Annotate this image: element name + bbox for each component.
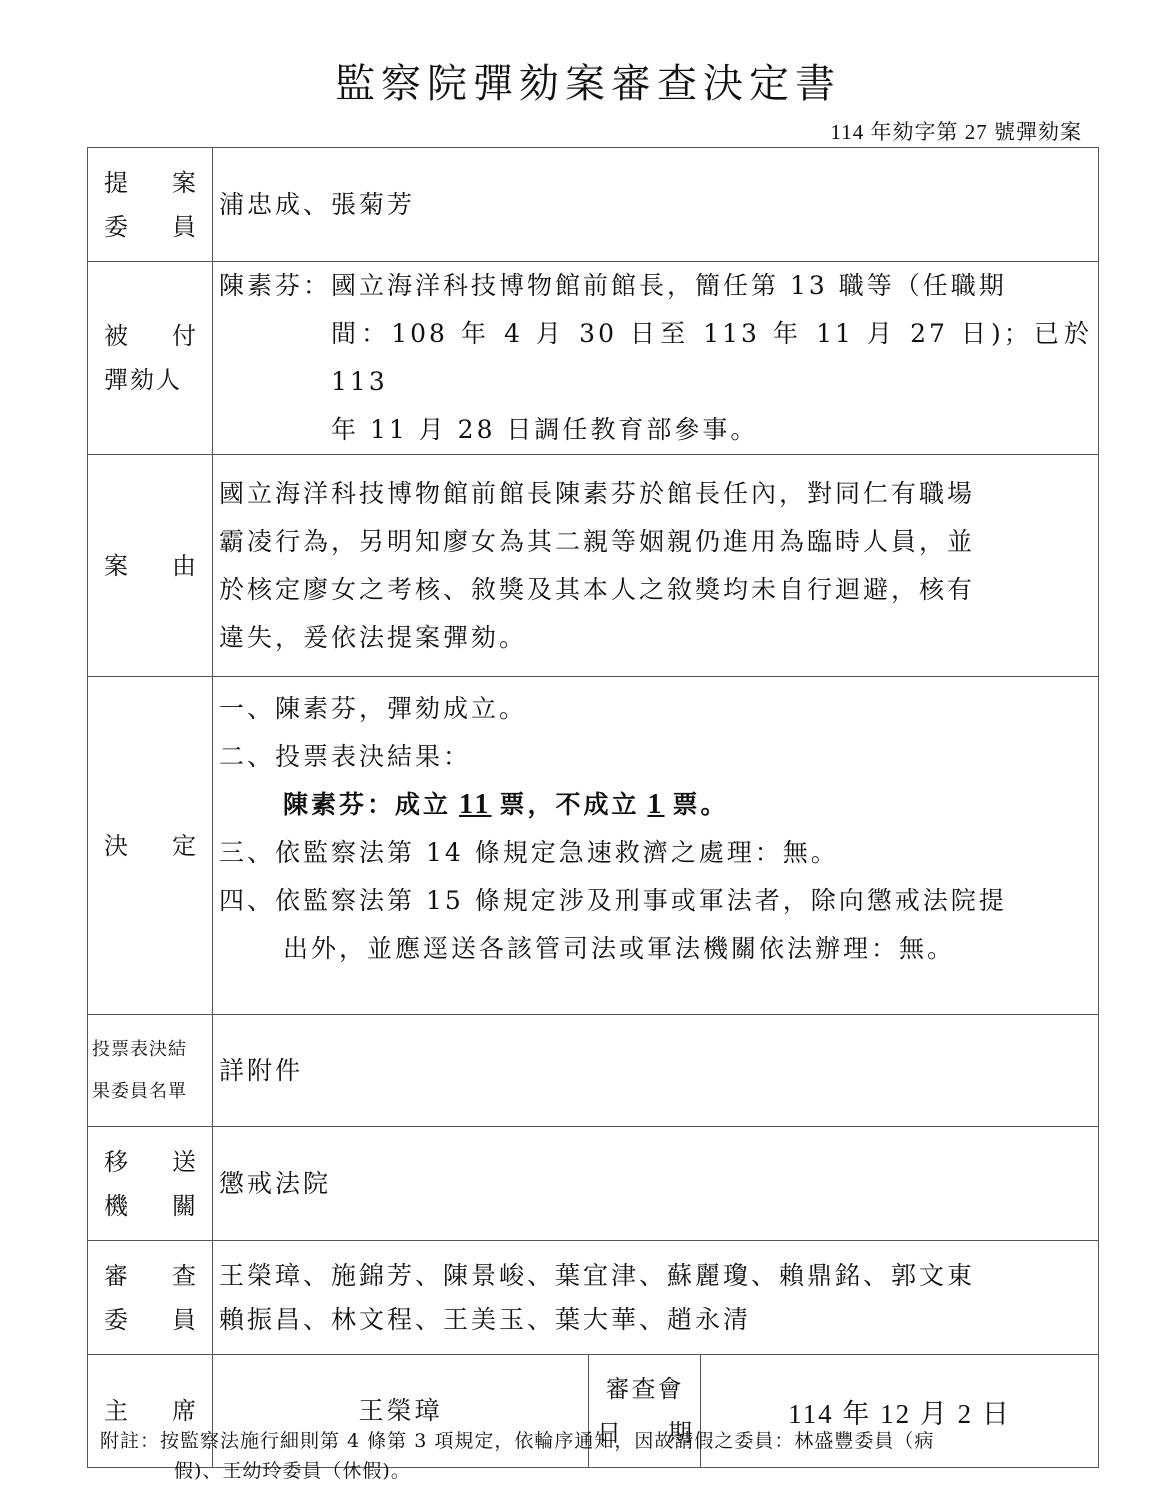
- row-proposers: 提案 委員 浦忠成、張菊芳: [88, 148, 1099, 262]
- footnote-line-1: 附註：按監察法施行細則第 4 條第 3 項規定，依輪序通知，因故請假之委員：林盛…: [100, 1426, 1090, 1456]
- proposers-value: 浦忠成、張菊芳: [213, 148, 1099, 262]
- no-count: 1: [640, 789, 673, 820]
- case-number: 114 年劾字第 27 號彈劾案: [831, 116, 1082, 146]
- decision-item-2: 二、投票表決結果：: [219, 733, 1092, 781]
- row-transfer-agency: 移送 機關 懲戒法院: [88, 1127, 1099, 1241]
- label-impeached: 被付 彈劾人: [88, 262, 213, 455]
- impeached-value: 陳素芬： 國立海洋科技博物館前館長，簡任第 13 職等（任職期 間：108 年 …: [213, 262, 1099, 455]
- footnote: 附註：按監察法施行細則第 4 條第 3 項規定，依輪序通知，因故請假之委員：林盛…: [100, 1426, 1090, 1486]
- transfer-agency-value: 懲戒法院: [213, 1127, 1099, 1241]
- decision-item-4-cont: 出外，並應逕送各該管司法或軍法機關依法辦理：無。: [219, 925, 1092, 973]
- decision-value: 一、陳素芬，彈劾成立。 二、投票表決結果： 陳素芬：成立11票，不成立1票。 三…: [213, 677, 1099, 1015]
- decision-item-1: 一、陳素芬，彈劾成立。: [219, 685, 1092, 733]
- row-cause: 案由 國立海洋科技博物館前館長陳素芬於館長任內，對同仁有職場 霸凌行為，另明知廖…: [88, 455, 1099, 677]
- decision-table: 提案 委員 浦忠成、張菊芳 被付 彈劾人 陳素芬： 國立海洋科技博物館前館長，簡…: [87, 147, 1099, 1468]
- label-review-members: 審查 委員: [88, 1241, 213, 1355]
- vote-result: 陳素芬：成立11票，不成立1票。: [219, 781, 1092, 829]
- label-decision: 決定: [88, 677, 213, 1015]
- document-title: 監察院彈劾案審查決定書: [0, 52, 1176, 109]
- vote-roster-value: 詳附件: [213, 1015, 1099, 1127]
- row-decision: 決定 一、陳素芬，彈劾成立。 二、投票表決結果： 陳素芬：成立11票，不成立1票…: [88, 677, 1099, 1015]
- cause-value: 國立海洋科技博物館前館長陳素芬於館長任內，對同仁有職場 霸凌行為，另明知廖女為其…: [213, 455, 1099, 677]
- row-impeached: 被付 彈劾人 陳素芬： 國立海洋科技博物館前館長，簡任第 13 職等（任職期 間…: [88, 262, 1099, 455]
- label-cause: 案由: [88, 455, 213, 677]
- row-vote-roster: 投票表決結 果委員名單 詳附件: [88, 1015, 1099, 1127]
- label-transfer-agency: 移送 機關: [88, 1127, 213, 1241]
- footnote-line-2: 假)、王幼玲委員（休假)。: [100, 1456, 1090, 1486]
- decision-item-4: 四、依監察法第 15 條規定涉及刑事或軍法者，除向懲戒法院提: [219, 877, 1092, 925]
- label-vote-roster: 投票表決結 果委員名單: [88, 1015, 213, 1127]
- decision-item-3: 三、依監察法第 14 條規定急速救濟之處理：無。: [219, 829, 1092, 877]
- label-proposers: 提案 委員: [88, 148, 213, 262]
- yes-count: 11: [451, 789, 499, 820]
- impeached-name: 陳素芬：: [219, 262, 331, 454]
- review-members-value: 王榮璋、施錦芳、陳景峻、葉宜津、蘇麗瓊、賴鼎銘、郭文東 賴振昌、林文程、王美玉、…: [213, 1241, 1099, 1355]
- row-review-members: 審查 委員 王榮璋、施錦芳、陳景峻、葉宜津、蘇麗瓊、賴鼎銘、郭文東 賴振昌、林文…: [88, 1241, 1099, 1355]
